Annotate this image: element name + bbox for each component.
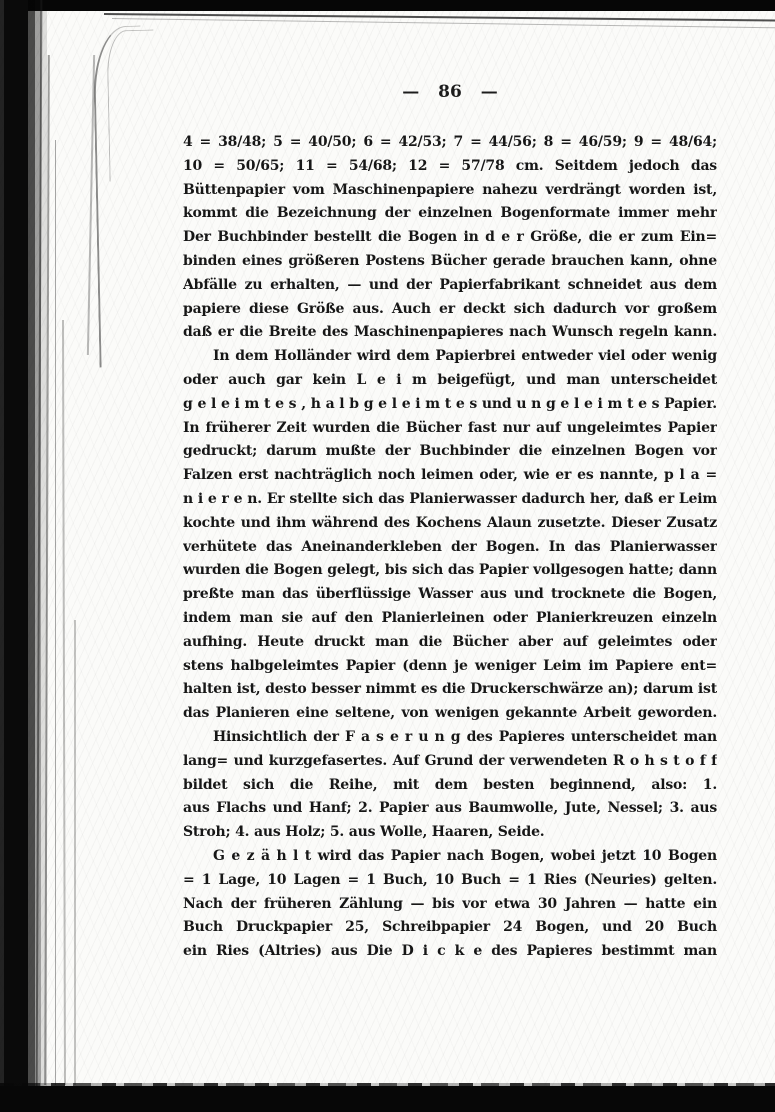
binding-edge-left [0,0,50,1112]
binding-streak [62,320,66,1085]
text-line: Büttenpapier vom Maschinenpapiere nahezu… [183,179,717,203]
text-line: papiere diese Größe aus. Auch er deckt s… [183,298,717,322]
binding-streak [74,620,76,1085]
text-line: In früherer Zeit wurden die Bücher fast … [183,417,717,441]
text-line: wurden die Bogen gelegt, bis sich das Pa… [183,559,717,583]
text-line: bildet sich die Reihe, mit dem besten be… [183,774,717,798]
page-corner-curve [106,30,156,182]
text-line: Stroh; 4. aus Holz; 5. aus Wolle, Haaren… [183,821,717,845]
page-corner-curve [92,26,147,368]
text-line: das Planieren eine seltene, von wenigen … [183,702,717,726]
scan-edge-bottom [0,1086,775,1112]
text-line: stens halbgeleimtes Papier (denn je weni… [183,655,717,679]
text-line: kochte und ihm während des Kochens Alaun… [183,512,717,536]
text-line: G e z ä h l t wird das Papier nach Bogen… [183,845,717,869]
text-line: daß er die Breite des Maschinenpapieres … [183,321,717,345]
text-line: Abfälle zu erhalten, — und der Papierfab… [183,274,717,298]
text-line: gedruckt; darum mußte der Buchbinder die… [183,440,717,464]
binding-streak [55,140,56,1085]
text-line: Falzen erst nachträglich noch leimen ode… [183,464,717,488]
text-line: indem man sie auf den Planierleinen oder… [183,607,717,631]
page-number: — 86 — [183,82,717,102]
text-line: oder auch gar kein L e i m beigefügt, un… [183,369,717,393]
scan-edge-top [0,0,775,11]
text-line: aufhing. Heute druckt man die Bücher abe… [183,631,717,655]
text-line: preßte man das überflüssige Wasser aus u… [183,583,717,607]
text-line: 4 = 38/48; 5 = 40/50; 6 = 42/53; 7 = 44/… [183,131,717,155]
text-line: Hinsichtlich der F a s e r u n g des Pap… [183,726,717,750]
text-line: aus Flachs und Hanf; 2. Papier aus Baumw… [183,797,717,821]
text-line: verhütete das Aneinanderkleben der Bogen… [183,536,717,560]
text-line: = 1 Lage, 10 Lagen = 1 Buch, 10 Buch = 1… [183,869,717,893]
text-line: Der Buchbinder bestellt die Bogen in d e… [183,226,717,250]
book-page-scan: — 86 — 4 = 38/48; 5 = 40/50; 6 = 42/53; … [0,0,775,1112]
text-line: In dem Holländer wird dem Papierbrei ent… [183,345,717,369]
text-line: Buch Druckpapier 25, Schreibpapier 24 Bo… [183,916,717,940]
text-line: lang= und kurzgefasertes. Auf Grund der … [183,750,717,774]
text-line: n i e r e n. Er stellte sich das Planier… [183,488,717,512]
text-line: kommt die Bezeichnung der einzelnen Boge… [183,202,717,226]
text-line: 10 = 50/65; 11 = 54/68; 12 = 57/78 cm. S… [183,155,717,179]
text-line: halten ist, desto besser nimmt es die Dr… [183,678,717,702]
text-line: ein Ries (Altries) aus Die D i c k e des… [183,940,717,964]
text-line: binden eines größeren Postens Bücher ger… [183,250,717,274]
text-block: 4 = 38/48; 5 = 40/50; 6 = 42/53; 7 = 44/… [183,131,717,964]
text-line: Nach der früheren Zählung — bis vor etwa… [183,893,717,917]
text-line: g e l e i m t e s , h a l b g e l e i m … [183,393,717,417]
binding-streak [87,55,95,355]
